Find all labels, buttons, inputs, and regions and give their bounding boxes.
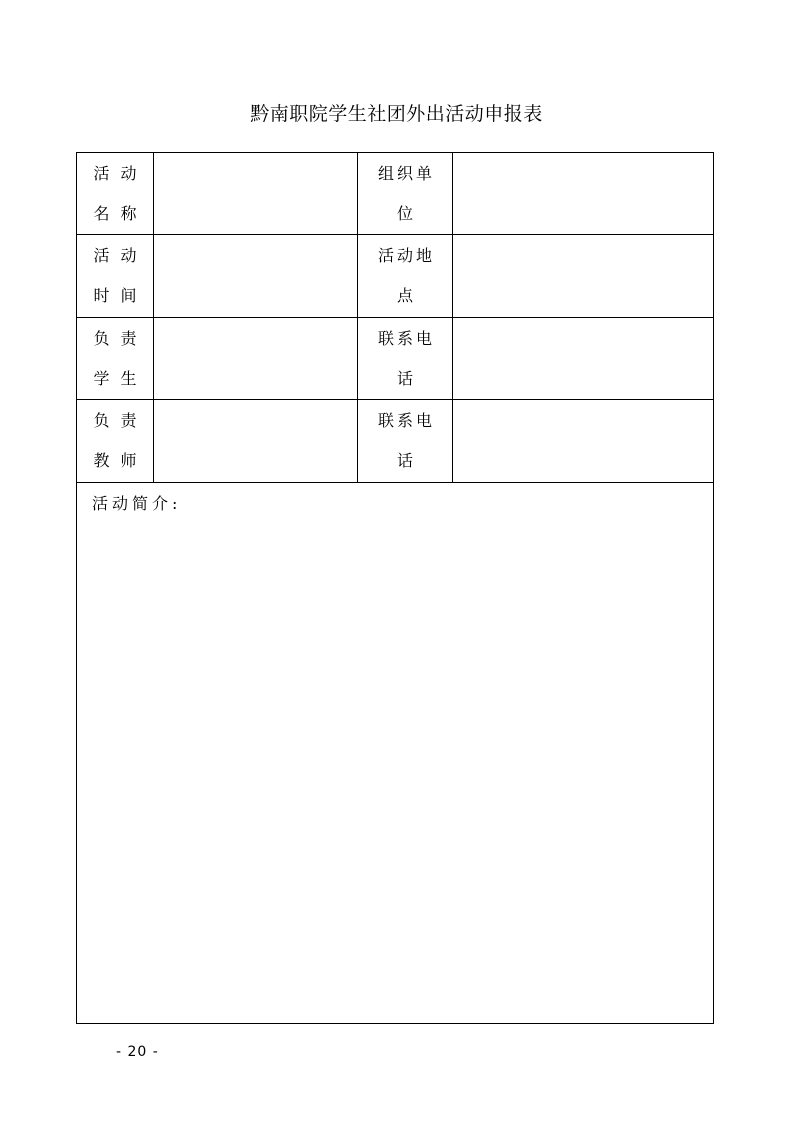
responsible-teacher-label: 负 责 教 师	[77, 400, 154, 483]
label-line: 名 称	[77, 194, 153, 234]
responsible-teacher-field[interactable]	[154, 400, 358, 483]
activity-location-field[interactable]	[453, 235, 714, 318]
label-line: 位	[358, 194, 452, 234]
organizing-unit-label: 组织单 位	[358, 153, 453, 235]
organizing-unit-field[interactable]	[453, 153, 714, 235]
label-line: 话	[358, 441, 452, 481]
activity-time-label: 活 动 时 间	[77, 235, 154, 318]
label-line: 时 间	[77, 276, 153, 316]
teacher-contact-phone-field[interactable]	[453, 400, 714, 483]
activity-time-field[interactable]	[154, 235, 358, 318]
label-line: 负 责	[77, 401, 153, 441]
table-row: 活 动 名 称 组织单 位	[77, 153, 714, 235]
table-row: 负 责 学 生 联系电 话	[77, 318, 714, 400]
activity-location-label: 活动地 点	[358, 235, 453, 318]
responsible-student-field[interactable]	[154, 318, 358, 400]
label-line: 联系电	[358, 319, 452, 359]
page-number: - 20 -	[116, 1044, 159, 1060]
activity-name-label: 活 动 名 称	[77, 153, 154, 235]
activity-intro-label: 活动简介:	[92, 494, 181, 513]
label-line: 联系电	[358, 401, 452, 441]
label-line: 活动地	[358, 236, 452, 276]
label-line: 话	[358, 359, 452, 399]
document-title: 黔南职院学生社团外出活动申报表	[0, 102, 793, 126]
table-row: 活动简介:	[77, 483, 714, 1024]
activity-intro-cell[interactable]: 活动简介:	[77, 483, 714, 1024]
table-row: 活 动 时 间 活动地 点	[77, 235, 714, 318]
responsible-student-label: 负 责 学 生	[77, 318, 154, 400]
label-line: 活 动	[77, 236, 153, 276]
student-contact-phone-label: 联系电 话	[358, 318, 453, 400]
label-line: 组织单	[358, 154, 452, 194]
application-form-table: 活 动 名 称 组织单 位 活 动 时 间 活动地 点	[76, 152, 714, 1024]
document-page: 黔南职院学生社团外出活动申报表 活 动 名 称 组织单 位	[0, 0, 793, 1122]
label-line: 学 生	[77, 359, 153, 399]
student-contact-phone-field[interactable]	[453, 318, 714, 400]
table-row: 负 责 教 师 联系电 话	[77, 400, 714, 483]
activity-name-field[interactable]	[154, 153, 358, 235]
label-line: 活 动	[77, 154, 153, 194]
label-line: 教 师	[77, 441, 153, 481]
label-line: 点	[358, 276, 452, 316]
label-line: 负 责	[77, 319, 153, 359]
teacher-contact-phone-label: 联系电 话	[358, 400, 453, 483]
